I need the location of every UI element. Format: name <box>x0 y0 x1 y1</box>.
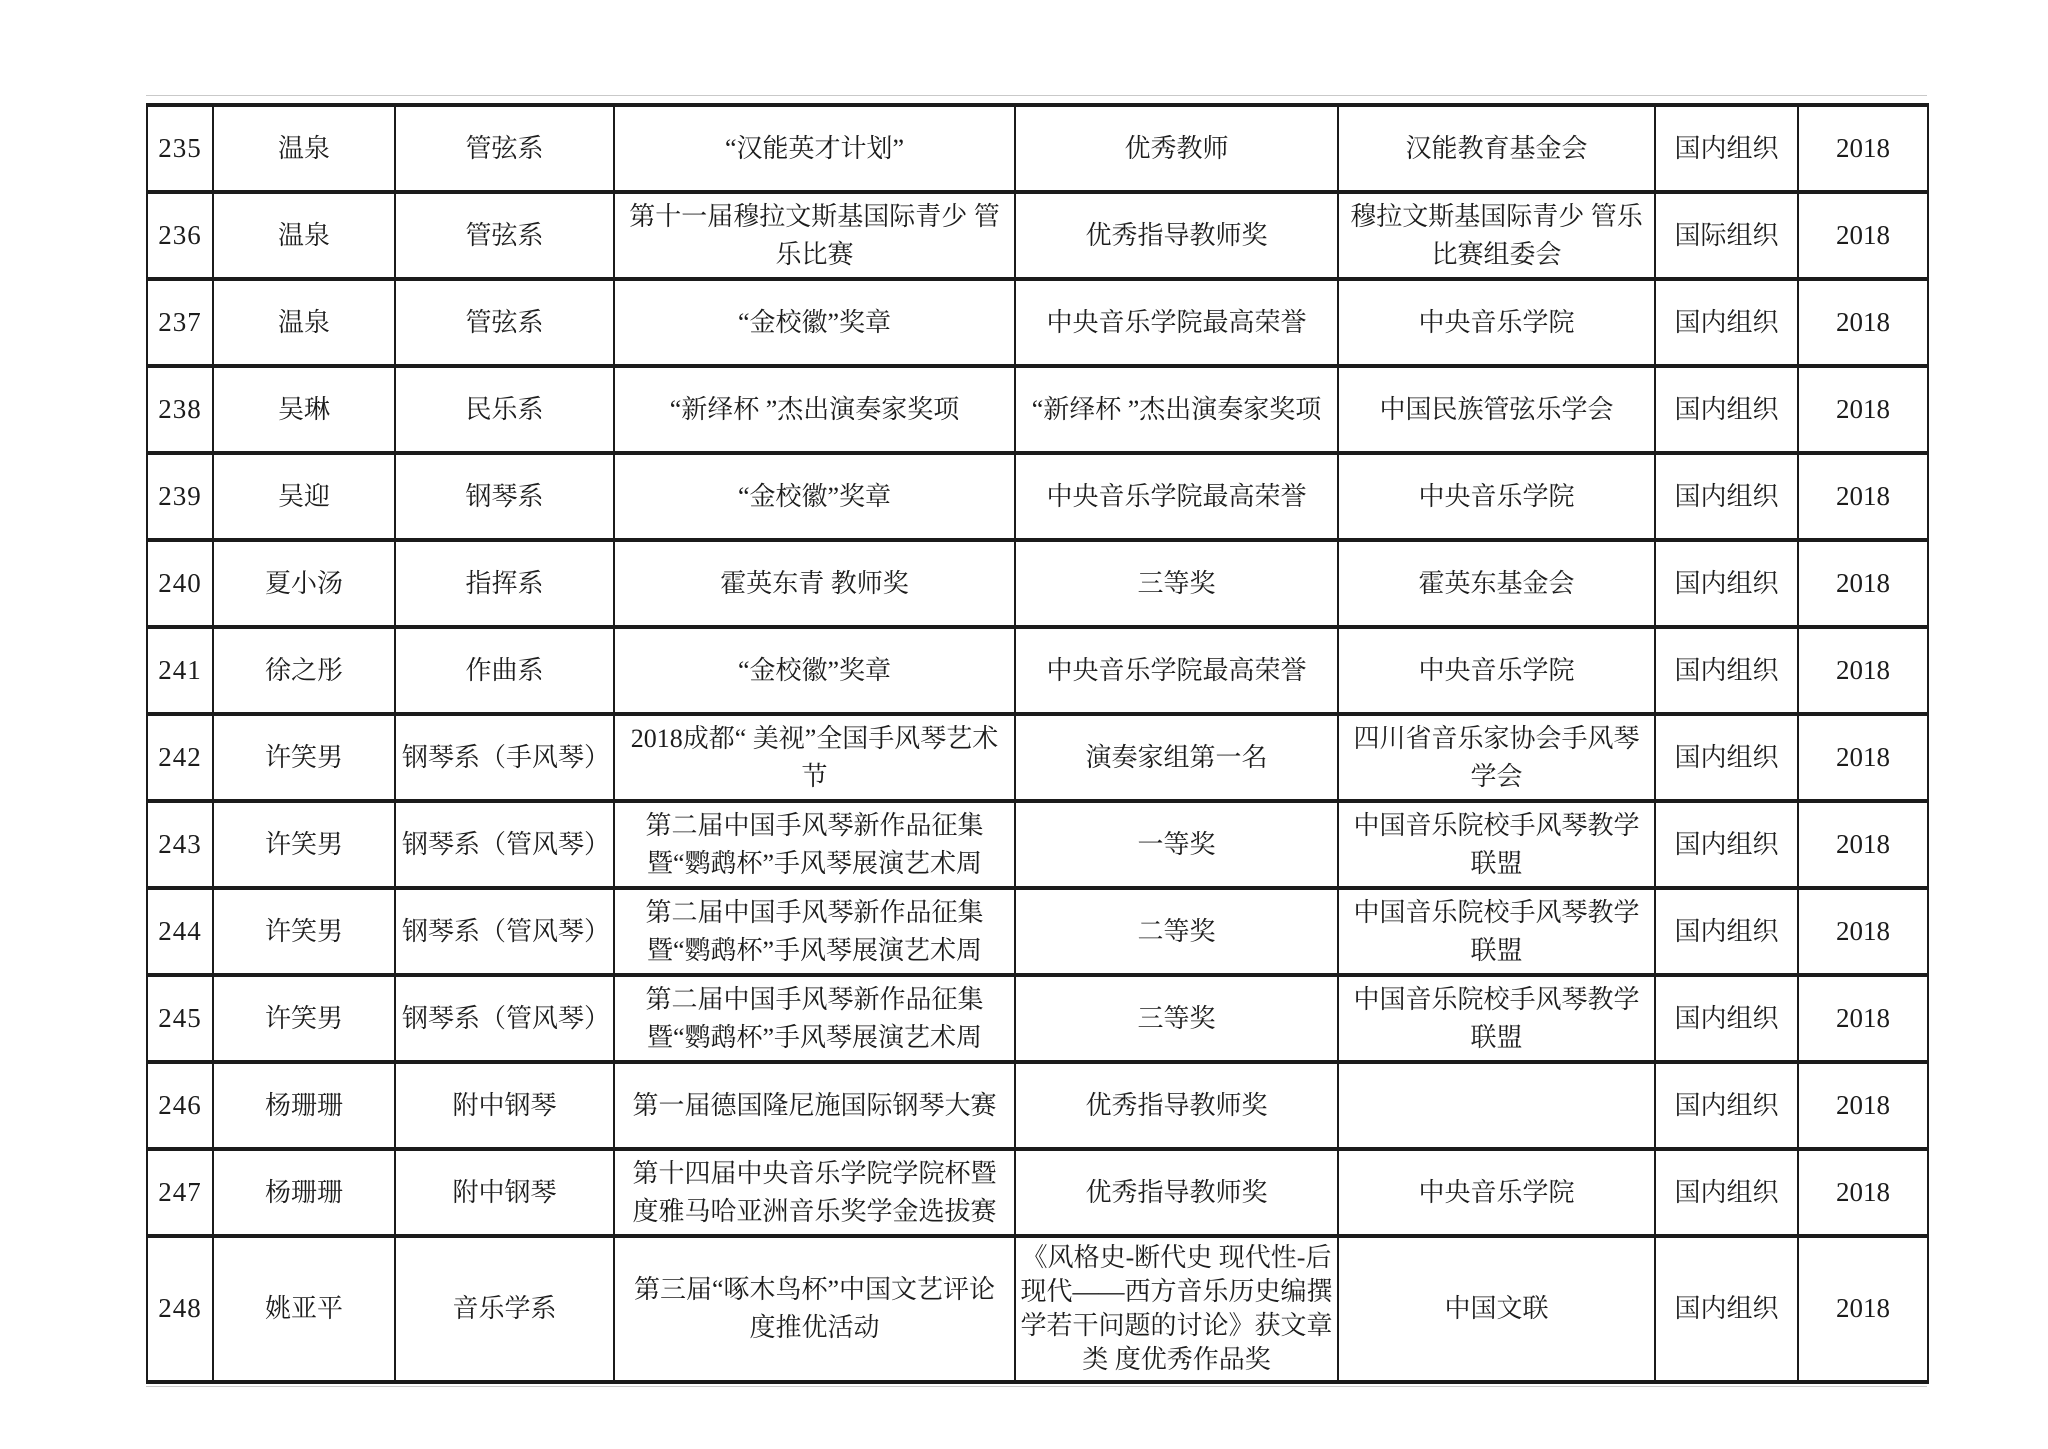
cell-award-result: 中央音乐学院最高荣誉 <box>1015 627 1338 714</box>
table-row: 245许笑男钢琴系（管风琴）第二届中国手风琴新作品征集暨“鹦鹉杯”手风琴展演艺术… <box>147 975 1928 1062</box>
cell-department: 指挥系 <box>395 540 614 627</box>
cell-org-type: 国内组织 <box>1655 1149 1798 1236</box>
cell-organization: 四川省音乐家协会手风琴学会 <box>1338 714 1655 801</box>
cell-organization: 中国文联 <box>1338 1236 1655 1382</box>
cell-award-name: “金校徽”奖章 <box>614 453 1015 540</box>
cell-award-result: 中央音乐学院最高荣誉 <box>1015 279 1338 366</box>
cell-award-name: “新绎杯 ”杰出演奏家奖项 <box>614 366 1015 453</box>
cell-organization: 中央音乐学院 <box>1338 1149 1655 1236</box>
cell-no: 240 <box>147 540 213 627</box>
cell-award-name: 第十一届穆拉文斯基国际青少 管乐比赛 <box>614 192 1015 279</box>
cell-no: 246 <box>147 1062 213 1149</box>
cell-year: 2018 <box>1798 627 1928 714</box>
cell-name: 夏小汤 <box>213 540 395 627</box>
cell-year: 2018 <box>1798 366 1928 453</box>
cell-award-result: 中央音乐学院最高荣誉 <box>1015 453 1338 540</box>
cell-org-type: 国内组织 <box>1655 975 1798 1062</box>
cell-organization: 中国民族管弦乐学会 <box>1338 366 1655 453</box>
cell-organization: 中央音乐学院 <box>1338 627 1655 714</box>
cell-award-name: 第三届“啄木鸟杯”中国文艺评论 度推优活动 <box>614 1236 1015 1382</box>
cell-no: 247 <box>147 1149 213 1236</box>
cell-award-name: 第一届德国隆尼施国际钢琴大赛 <box>614 1062 1015 1149</box>
cell-department: 作曲系 <box>395 627 614 714</box>
cell-organization: 霍英东基金会 <box>1338 540 1655 627</box>
cell-org-type: 国内组织 <box>1655 1236 1798 1382</box>
cell-award-name: 霍英东青 教师奖 <box>614 540 1015 627</box>
cell-org-type: 国内组织 <box>1655 714 1798 801</box>
cell-name: 许笑男 <box>213 801 395 888</box>
cell-year: 2018 <box>1798 801 1928 888</box>
cell-award-name: 2018成都“ 美视”全国手风琴艺术节 <box>614 714 1015 801</box>
table-row: 238吴琳民乐系“新绎杯 ”杰出演奏家奖项“新绎杯 ”杰出演奏家奖项中国民族管弦… <box>147 366 1928 453</box>
cell-organization: 汉能教育基金会 <box>1338 105 1655 192</box>
cell-name: 许笑男 <box>213 888 395 975</box>
cell-award-name: “金校徽”奖章 <box>614 627 1015 714</box>
cell-no: 243 <box>147 801 213 888</box>
cell-year: 2018 <box>1798 540 1928 627</box>
table-row: 246杨珊珊附中钢琴第一届德国隆尼施国际钢琴大赛优秀指导教师奖国内组织2018 <box>147 1062 1928 1149</box>
cell-organization <box>1338 1062 1655 1149</box>
cell-no: 236 <box>147 192 213 279</box>
cell-department: 附中钢琴 <box>395 1149 614 1236</box>
awards-table: 235温泉管弦系“汉能英才计划”优秀教师汉能教育基金会国内组织2018236温泉… <box>146 103 1929 1384</box>
cell-org-type: 国内组织 <box>1655 627 1798 714</box>
cell-award-result: 二等奖 <box>1015 888 1338 975</box>
cell-department: 音乐学系 <box>395 1236 614 1382</box>
cell-year: 2018 <box>1798 1149 1928 1236</box>
cell-award-name: 第二届中国手风琴新作品征集暨“鹦鹉杯”手风琴展演艺术周 <box>614 888 1015 975</box>
cell-org-type: 国内组织 <box>1655 888 1798 975</box>
cell-name: 吴迎 <box>213 453 395 540</box>
cell-no: 239 <box>147 453 213 540</box>
document-page: 235温泉管弦系“汉能英才计划”优秀教师汉能教育基金会国内组织2018236温泉… <box>0 0 2048 1449</box>
cell-org-type: 国内组织 <box>1655 1062 1798 1149</box>
cell-organization: 中央音乐学院 <box>1338 279 1655 366</box>
cell-award-result: 优秀指导教师奖 <box>1015 1149 1338 1236</box>
cell-name: 许笑男 <box>213 714 395 801</box>
cell-name: 吴琳 <box>213 366 395 453</box>
cell-department: 附中钢琴 <box>395 1062 614 1149</box>
cell-year: 2018 <box>1798 714 1928 801</box>
cell-award-name: 第二届中国手风琴新作品征集暨“鹦鹉杯”手风琴展演艺术周 <box>614 975 1015 1062</box>
cell-name: 姚亚平 <box>213 1236 395 1382</box>
table-row: 248姚亚平音乐学系第三届“啄木鸟杯”中国文艺评论 度推优活动《风格史-断代史 … <box>147 1236 1928 1382</box>
cell-year: 2018 <box>1798 975 1928 1062</box>
cell-department: 钢琴系（管风琴） <box>395 888 614 975</box>
table-bottom-hairline <box>146 1386 1927 1387</box>
cell-no: 248 <box>147 1236 213 1382</box>
cell-department: 钢琴系（手风琴） <box>395 714 614 801</box>
cell-org-type: 国内组织 <box>1655 279 1798 366</box>
cell-organization: 中国音乐院校手风琴教学联盟 <box>1338 888 1655 975</box>
cell-org-type: 国内组织 <box>1655 540 1798 627</box>
cell-award-result: 三等奖 <box>1015 975 1338 1062</box>
table-row: 242许笑男钢琴系（手风琴）2018成都“ 美视”全国手风琴艺术节演奏家组第一名… <box>147 714 1928 801</box>
table-row: 243许笑男钢琴系（管风琴）第二届中国手风琴新作品征集暨“鹦鹉杯”手风琴展演艺术… <box>147 801 1928 888</box>
cell-no: 242 <box>147 714 213 801</box>
cell-org-type: 国内组织 <box>1655 105 1798 192</box>
cell-award-result: 演奏家组第一名 <box>1015 714 1338 801</box>
cell-award-result: 优秀教师 <box>1015 105 1338 192</box>
table-row: 247杨珊珊附中钢琴第十四届中央音乐学院学院杯暨 度雅马哈亚洲音乐奖学金选拔赛优… <box>147 1149 1928 1236</box>
cell-name: 徐之彤 <box>213 627 395 714</box>
cell-department: 钢琴系 <box>395 453 614 540</box>
table-top-hairline <box>146 95 1927 96</box>
cell-name: 温泉 <box>213 105 395 192</box>
table-row: 237温泉管弦系“金校徽”奖章中央音乐学院最高荣誉中央音乐学院国内组织2018 <box>147 279 1928 366</box>
cell-award-result: “新绎杯 ”杰出演奏家奖项 <box>1015 366 1338 453</box>
cell-name: 温泉 <box>213 192 395 279</box>
cell-department: 钢琴系（管风琴） <box>395 975 614 1062</box>
cell-organization: 穆拉文斯基国际青少 管乐比赛组委会 <box>1338 192 1655 279</box>
table-row: 240夏小汤指挥系霍英东青 教师奖三等奖霍英东基金会国内组织2018 <box>147 540 1928 627</box>
cell-award-name: “汉能英才计划” <box>614 105 1015 192</box>
cell-organization: 中央音乐学院 <box>1338 453 1655 540</box>
cell-organization: 中国音乐院校手风琴教学联盟 <box>1338 975 1655 1062</box>
cell-name: 杨珊珊 <box>213 1062 395 1149</box>
cell-award-result: 一等奖 <box>1015 801 1338 888</box>
cell-award-name: 第二届中国手风琴新作品征集暨“鹦鹉杯”手风琴展演艺术周 <box>614 801 1015 888</box>
table-row: 239吴迎钢琴系“金校徽”奖章中央音乐学院最高荣誉中央音乐学院国内组织2018 <box>147 453 1928 540</box>
cell-department: 钢琴系（管风琴） <box>395 801 614 888</box>
cell-name: 杨珊珊 <box>213 1149 395 1236</box>
cell-org-type: 国内组织 <box>1655 366 1798 453</box>
cell-year: 2018 <box>1798 1236 1928 1382</box>
cell-year: 2018 <box>1798 105 1928 192</box>
cell-no: 244 <box>147 888 213 975</box>
cell-year: 2018 <box>1798 192 1928 279</box>
cell-award-name: 第十四届中央音乐学院学院杯暨 度雅马哈亚洲音乐奖学金选拔赛 <box>614 1149 1015 1236</box>
table-row: 235温泉管弦系“汉能英才计划”优秀教师汉能教育基金会国内组织2018 <box>147 105 1928 192</box>
cell-award-name: “金校徽”奖章 <box>614 279 1015 366</box>
cell-org-type: 国际组织 <box>1655 192 1798 279</box>
cell-award-result: 优秀指导教师奖 <box>1015 1062 1338 1149</box>
cell-award-result: 优秀指导教师奖 <box>1015 192 1338 279</box>
cell-no: 241 <box>147 627 213 714</box>
cell-no: 235 <box>147 105 213 192</box>
cell-department: 管弦系 <box>395 192 614 279</box>
table-row: 241徐之彤作曲系“金校徽”奖章中央音乐学院最高荣誉中央音乐学院国内组织2018 <box>147 627 1928 714</box>
cell-department: 民乐系 <box>395 366 614 453</box>
cell-year: 2018 <box>1798 888 1928 975</box>
cell-award-result: 《风格史-断代史 现代性-后现代——西方音乐历史编撰学若干问题的讨论》获文章类 … <box>1015 1236 1338 1382</box>
cell-year: 2018 <box>1798 453 1928 540</box>
cell-no: 245 <box>147 975 213 1062</box>
cell-department: 管弦系 <box>395 105 614 192</box>
table-row: 236温泉管弦系第十一届穆拉文斯基国际青少 管乐比赛优秀指导教师奖穆拉文斯基国际… <box>147 192 1928 279</box>
table-row: 244许笑男钢琴系（管风琴）第二届中国手风琴新作品征集暨“鹦鹉杯”手风琴展演艺术… <box>147 888 1928 975</box>
cell-name: 许笑男 <box>213 975 395 1062</box>
cell-no: 237 <box>147 279 213 366</box>
cell-name: 温泉 <box>213 279 395 366</box>
cell-org-type: 国内组织 <box>1655 453 1798 540</box>
cell-organization: 中国音乐院校手风琴教学联盟 <box>1338 801 1655 888</box>
cell-department: 管弦系 <box>395 279 614 366</box>
cell-award-result: 三等奖 <box>1015 540 1338 627</box>
cell-org-type: 国内组织 <box>1655 801 1798 888</box>
cell-year: 2018 <box>1798 279 1928 366</box>
cell-year: 2018 <box>1798 1062 1928 1149</box>
cell-no: 238 <box>147 366 213 453</box>
